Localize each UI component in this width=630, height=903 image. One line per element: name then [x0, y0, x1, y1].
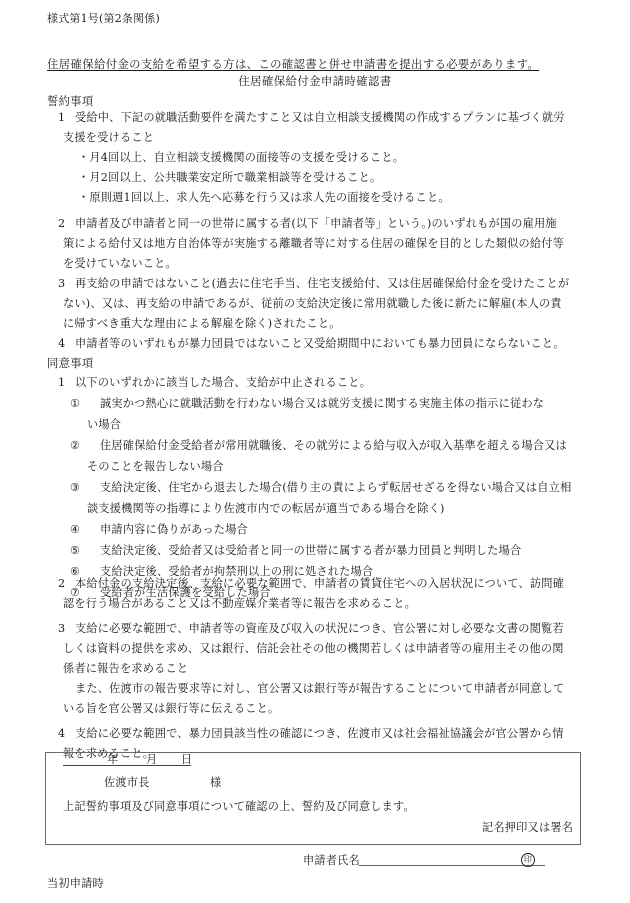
applicant-name-field[interactable] [359, 865, 545, 866]
sub-item-text: 申請内容に偽りがあった場合 [100, 522, 248, 538]
date-year-label: 年 [107, 752, 118, 768]
sub-item-mark: ① [70, 396, 80, 412]
consent-text-line: 認を行う場合があること又は不動産媒介業者等に報告を求めること。 [63, 596, 416, 612]
consent-text-line: いる旨を官公署又は銀行等に伝えること。 [63, 701, 279, 717]
consent-number: 4 [58, 726, 65, 742]
sub-item-text: い場合 [87, 417, 121, 433]
pledge-text-line: を受けていないこと。 [63, 256, 177, 272]
pledge-number: 2 [58, 216, 65, 232]
form-number: 様式第1号(第2条関係) [47, 11, 160, 27]
sub-item-mark: ⑤ [70, 543, 80, 559]
sub-item-text: そのことを報告しない場合 [87, 459, 224, 475]
consent-text-line: 本給付金の支給決定後、支給に必要な範囲で、申請者の賃貸住宅への入居状況について、… [75, 576, 564, 592]
date-day-label: 日 [181, 752, 192, 768]
consent-text-line: 支給に必要な範囲で、申請者等の資産及び収入の状況につき、官公署に対し必要な文書の… [75, 621, 564, 637]
consent-text-line: しくは資料の提供を求め、又は銀行、信託会社その他の機関若しくは申請者等の雇用主そ… [63, 641, 564, 657]
sub-item-text: 住居確保給付金受給者が常用就職後、その就労による給与収入が収入基準を超える場合又… [100, 438, 567, 454]
footer-note: 当初申請時 [47, 876, 104, 892]
sub-item-mark: ④ [70, 522, 80, 538]
consent-text-line: また、佐渡市の報告要求等に対し、官公署又は銀行等が報告することについて申請者が同… [75, 681, 564, 697]
consent-text-line: 以下のいずれかに該当した場合、支給が中止されること。 [75, 375, 371, 391]
sub-item-mark: ② [70, 438, 80, 454]
sub-item-mark: ③ [70, 480, 80, 496]
addressee: 佐渡市長 [104, 775, 150, 791]
submission-notice: 住居確保給付金の支給を希望する方は、この確認書と併せ申請書を提出する必要がありま… [47, 56, 539, 72]
date-month-label: 月 [146, 752, 157, 768]
consent-number: 3 [58, 621, 65, 637]
consents-heading: 同意事項 [47, 355, 93, 371]
applicant-name-label: 申請者氏名 [303, 853, 360, 869]
pledge-text-line: 申請者及び申請者と同一の世帯に属する者(以下「申請者等」という。)のいずれもが国… [75, 216, 557, 232]
sub-item-text: 支給決定後、住宅から退去した場合(借り主の責によらず転居せざるを得ない場合又は自… [100, 480, 571, 496]
consent-number: 1 [58, 375, 65, 391]
honorific: 様 [210, 775, 221, 791]
pledge-text-line: 申請者等のいずれもが暴力団員ではないこと又受給期間中においても暴力団員にならない… [75, 336, 565, 352]
requirement-bullet: ・原則週1回以上、求人先へ応募を行う又は求人先の面接を受けること。 [78, 190, 450, 206]
seal-icon: 印 [521, 853, 535, 867]
consent-number: 2 [58, 576, 65, 592]
pledge-text-line: 再支給の申請ではないこと(過去に住宅手当、住宅支援給付、又は住居確保給付金を受け… [75, 276, 569, 292]
pledge-text-line: 支援を受けること [63, 130, 154, 146]
consent-text-line: 支給に必要な範囲で、暴力団員該当性の確認につき、佐渡市又は社会福祉協議会が官公署… [75, 726, 564, 742]
sub-item-text: 談支援機関等の指導により佐渡市内での転居が適当である場合を除く) [87, 501, 445, 517]
pledge-number: 4 [58, 336, 65, 352]
pledges-heading: 誓約事項 [47, 93, 93, 109]
date-field[interactable] [63, 765, 191, 766]
agreement-statement: 上記誓約事項及び同意事項について確認の上、誓約及び同意します。 [63, 799, 415, 815]
requirement-bullet: ・月2回以上、公共職業安定所で職業相談等を受けること。 [78, 170, 381, 186]
pledge-number: 1 [58, 110, 65, 126]
sub-item-text: 支給決定後、受給者又は受給者と同一の世帯に属する者が暴力団員と判明した場合 [100, 543, 521, 559]
sub-item-text: 誠実かつ熱心に就職活動を行わない場合又は就労支援に関する実施主体の指示に従わな [100, 396, 544, 412]
pledge-text-line: 受給中、下記の就職活動要件を満たすこと又は自立相談支援機関の作成するプランに基づ… [75, 110, 565, 126]
pledge-number: 3 [58, 276, 65, 292]
sign-method-note: 記名押印又は署名 [482, 820, 573, 836]
consent-text-line: 係者に報告を求めること [63, 661, 188, 677]
pledge-text-line: ない)、又は、再支給の申請であるが、従前の支給決定後に常用就職した後に新たに解雇… [63, 296, 562, 312]
document-title: 住居確保給付金申請時確認書 [0, 73, 630, 89]
pledge-text-line: 策による給付又は地方自治体等が実施する離職者等に対する住居の確保を目的とした類似… [63, 236, 564, 252]
pledge-text-line: に帰すべき重大な理由による解雇を除く)されたこと。 [63, 316, 341, 332]
requirement-bullet: ・月4回以上、自立相談支援機関の面接等の支援を受けること。 [78, 150, 404, 166]
